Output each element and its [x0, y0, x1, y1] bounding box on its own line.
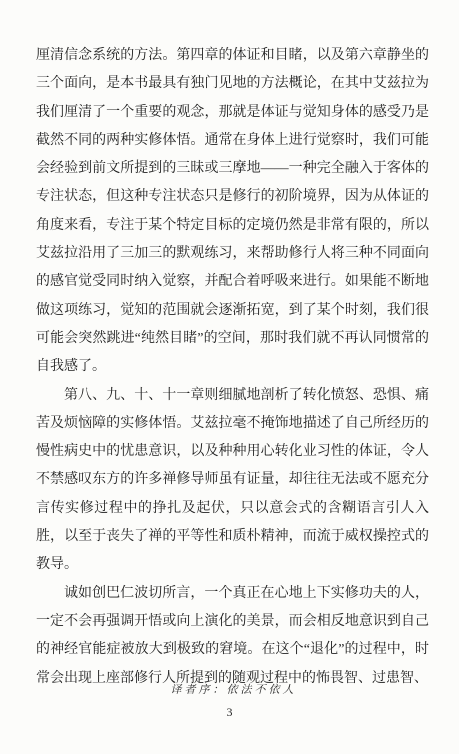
- body-text: 厘清信念系统的方法。第四章的体证和目睹，以及第六章静坐的三个面向，是本书最具有独…: [36, 42, 429, 693]
- paragraph: 第八、九、十、十一章则细腻地剖析了转化愤怒、恐惧、痛苦及烦恼障的实修体悟。艾兹拉…: [36, 382, 429, 580]
- book-page: 厘清信念系统的方法。第四章的体证和目睹，以及第六章静坐的三个面向，是本书最具有独…: [0, 0, 459, 754]
- page-number: 3: [0, 705, 459, 720]
- footer-running-title: 译者序：依法不依人: [4, 681, 459, 697]
- paragraph: 诚如创巴仁波切所言，一个真正在心地上下实修功夫的人，一定不会再强调开悟或向上演化…: [36, 580, 429, 693]
- paragraph-continuation: 厘清信念系统的方法。第四章的体证和目睹，以及第六章静坐的三个面向，是本书最具有独…: [36, 42, 429, 382]
